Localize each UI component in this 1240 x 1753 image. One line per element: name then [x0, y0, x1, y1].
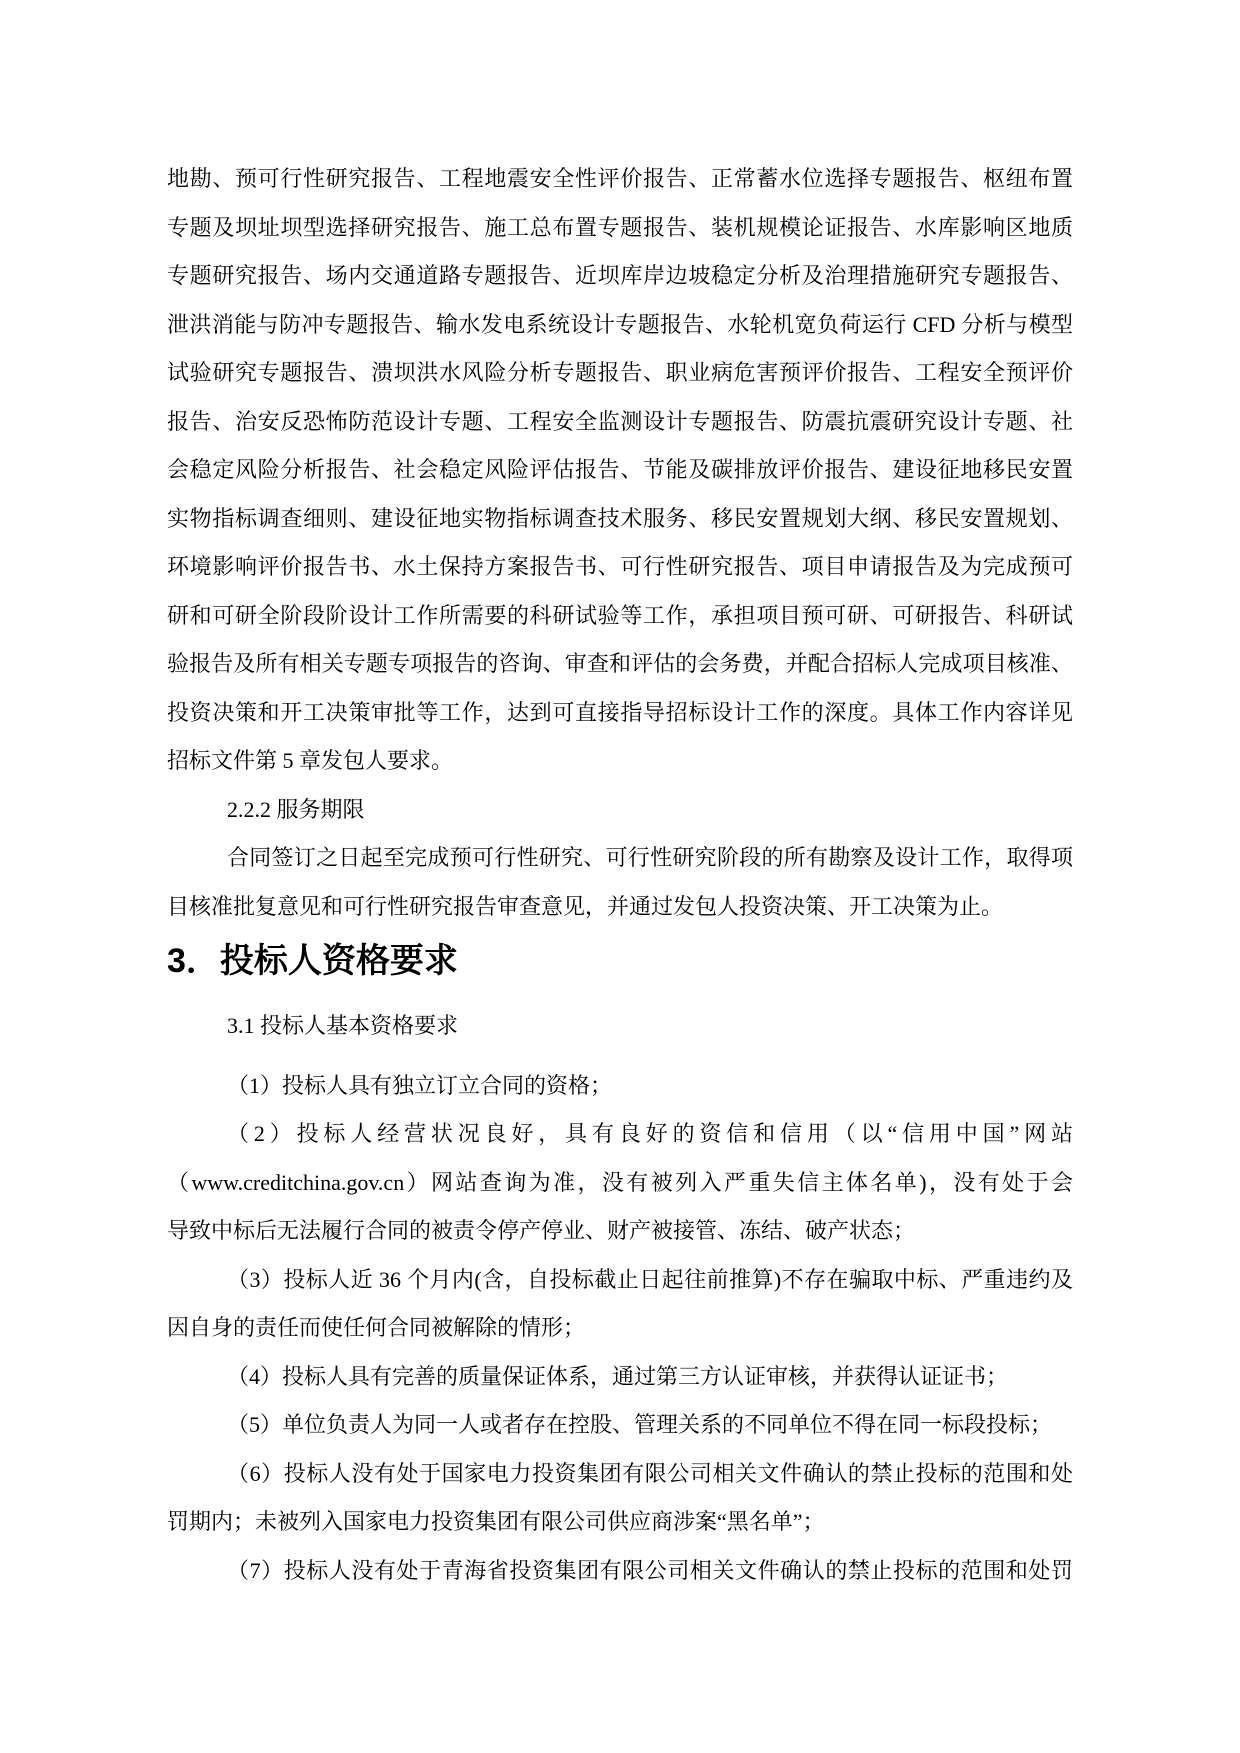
paragraph: 2.2.2 服务期限	[167, 786, 1073, 835]
paragraph: （5）单位负责人为同一人或者存在控股、管理关系的不同单位不得在同一标段投标；	[167, 1401, 1073, 1450]
text-line: 投资决策和开工决策审批等工作，达到可直接指导招标设计工作的深度。具体工作内容详见	[167, 689, 1073, 738]
text-line: 专题研究报告、场内交通道路专题报告、近坝库岸边坡稳定分析及治理措施研究专题报告、	[167, 252, 1073, 301]
text-line: 泄洪消能与防冲专题报告、输水发电系统设计专题报告、水轮机宽负荷运行 CFD 分析…	[167, 301, 1073, 350]
text-line: 验报告及所有相关专题专项报告的咨询、审查和评估的会务费，并配合招标人完成项目核准…	[167, 640, 1073, 689]
text-line: （6）投标人没有处于国家电力投资集团有限公司相关文件确认的禁止投标的范围和处	[167, 1450, 1073, 1499]
text-line: 实物指标调查细则、建设征地实物指标调查技术服务、移民安置规划大纲、移民安置规划、	[167, 495, 1073, 544]
text-line: 因自身的责任而使任何合同被解除的情形；	[167, 1304, 1073, 1353]
paragraph: 地勘、预可行性研究报告、工程地震安全性评价报告、正常蓄水位选择专题报告、枢纽布置…	[167, 155, 1073, 786]
paragraph: （3）投标人近 36 个月内(含，自投标截止日起往前推算)不存在骗取中标、严重违…	[167, 1256, 1073, 1353]
text-line: （www.creditchina.gov.cn）网站查询为准，没有被列入严重失信…	[167, 1159, 1073, 1208]
paragraph: （1）投标人具有独立订立合同的资格；	[167, 1062, 1073, 1111]
text-line: 2.2.2 服务期限	[167, 786, 1073, 835]
text-line: 地勘、预可行性研究报告、工程地震安全性评价报告、正常蓄水位选择专题报告、枢纽布置	[167, 155, 1073, 204]
paragraph: 合同签订之日起至完成预可行性研究、可行性研究阶段的所有勘察及设计工作，取得项目核…	[167, 834, 1073, 931]
paragraph: （7）投标人没有处于青海省投资集团有限公司相关文件确认的禁止投标的范围和处罚	[167, 1547, 1073, 1596]
text-line: （2）投标人经营状况良好，具有良好的资信和信用（以“信用中国”网站	[167, 1110, 1073, 1159]
text-line: （4）投标人具有完善的质量保证体系，通过第三方认证审核，并获得认证证书；	[167, 1353, 1073, 1402]
paragraph: （6）投标人没有处于国家电力投资集团有限公司相关文件确认的禁止投标的范围和处罚期…	[167, 1450, 1073, 1547]
text-line: 专题及坝址坝型选择研究报告、施工总布置专题报告、装机规模论证报告、水库影响区地质	[167, 204, 1073, 253]
document-page: 地勘、预可行性研究报告、工程地震安全性评价报告、正常蓄水位选择专题报告、枢纽布置…	[0, 0, 1240, 1753]
text-line: 试验研究专题报告、溃坝洪水风险分析专题报告、职业病危害预评价报告、工程安全预评价	[167, 349, 1073, 398]
text-line: 研和可研全阶段阶设计工作所需要的科研试验等工作，承担项目预可研、可研报告、科研试	[167, 592, 1073, 641]
paragraph: 3.1 投标人基本资格要求	[167, 1002, 1073, 1051]
text-line: 报告、治安反恐怖防范设计专题、工程安全监测设计专题报告、防震抗震研究设计专题、社	[167, 398, 1073, 447]
text-line: 合同签订之日起至完成预可行性研究、可行性研究阶段的所有勘察及设计工作，取得项	[167, 834, 1073, 883]
text-line: （1）投标人具有独立订立合同的资格；	[167, 1062, 1073, 1111]
paragraph: （4）投标人具有完善的质量保证体系，通过第三方认证审核，并获得认证证书；	[167, 1353, 1073, 1402]
text-line: 导致中标后无法履行合同的被责令停产停业、财产被接管、冻结、破产状态；	[167, 1207, 1073, 1256]
text-line: （3）投标人近 36 个月内(含，自投标截止日起往前推算)不存在骗取中标、严重违…	[167, 1256, 1073, 1305]
text-line: 招标文件第 5 章发包人要求。	[167, 737, 1073, 786]
page-content: 地勘、预可行性研究报告、工程地震安全性评价报告、正常蓄水位选择专题报告、枢纽布置…	[167, 155, 1073, 1595]
text-line: 目核准批复意见和可行性研究报告审查意见，并通过发包人投资决策、开工决策为止。	[167, 883, 1073, 932]
text-line: 罚期内；未被列入国家电力投资集团有限公司供应商涉案“黑名单”；	[167, 1498, 1073, 1547]
section-heading: 3．投标人资格要求	[167, 931, 1073, 991]
text-line: （7）投标人没有处于青海省投资集团有限公司相关文件确认的禁止投标的范围和处罚	[167, 1547, 1073, 1596]
paragraph: （2）投标人经营状况良好，具有良好的资信和信用（以“信用中国”网站（www.cr…	[167, 1110, 1073, 1256]
text-line: 环境影响评价报告书、水土保持方案报告书、可行性研究报告、项目申请报告及为完成预可	[167, 543, 1073, 592]
text-line: （5）单位负责人为同一人或者存在控股、管理关系的不同单位不得在同一标段投标；	[167, 1401, 1073, 1450]
text-line: 会稳定风险分析报告、社会稳定风险评估报告、节能及碳排放评价报告、建设征地移民安置	[167, 446, 1073, 495]
text-line: 3.1 投标人基本资格要求	[167, 1002, 1073, 1051]
